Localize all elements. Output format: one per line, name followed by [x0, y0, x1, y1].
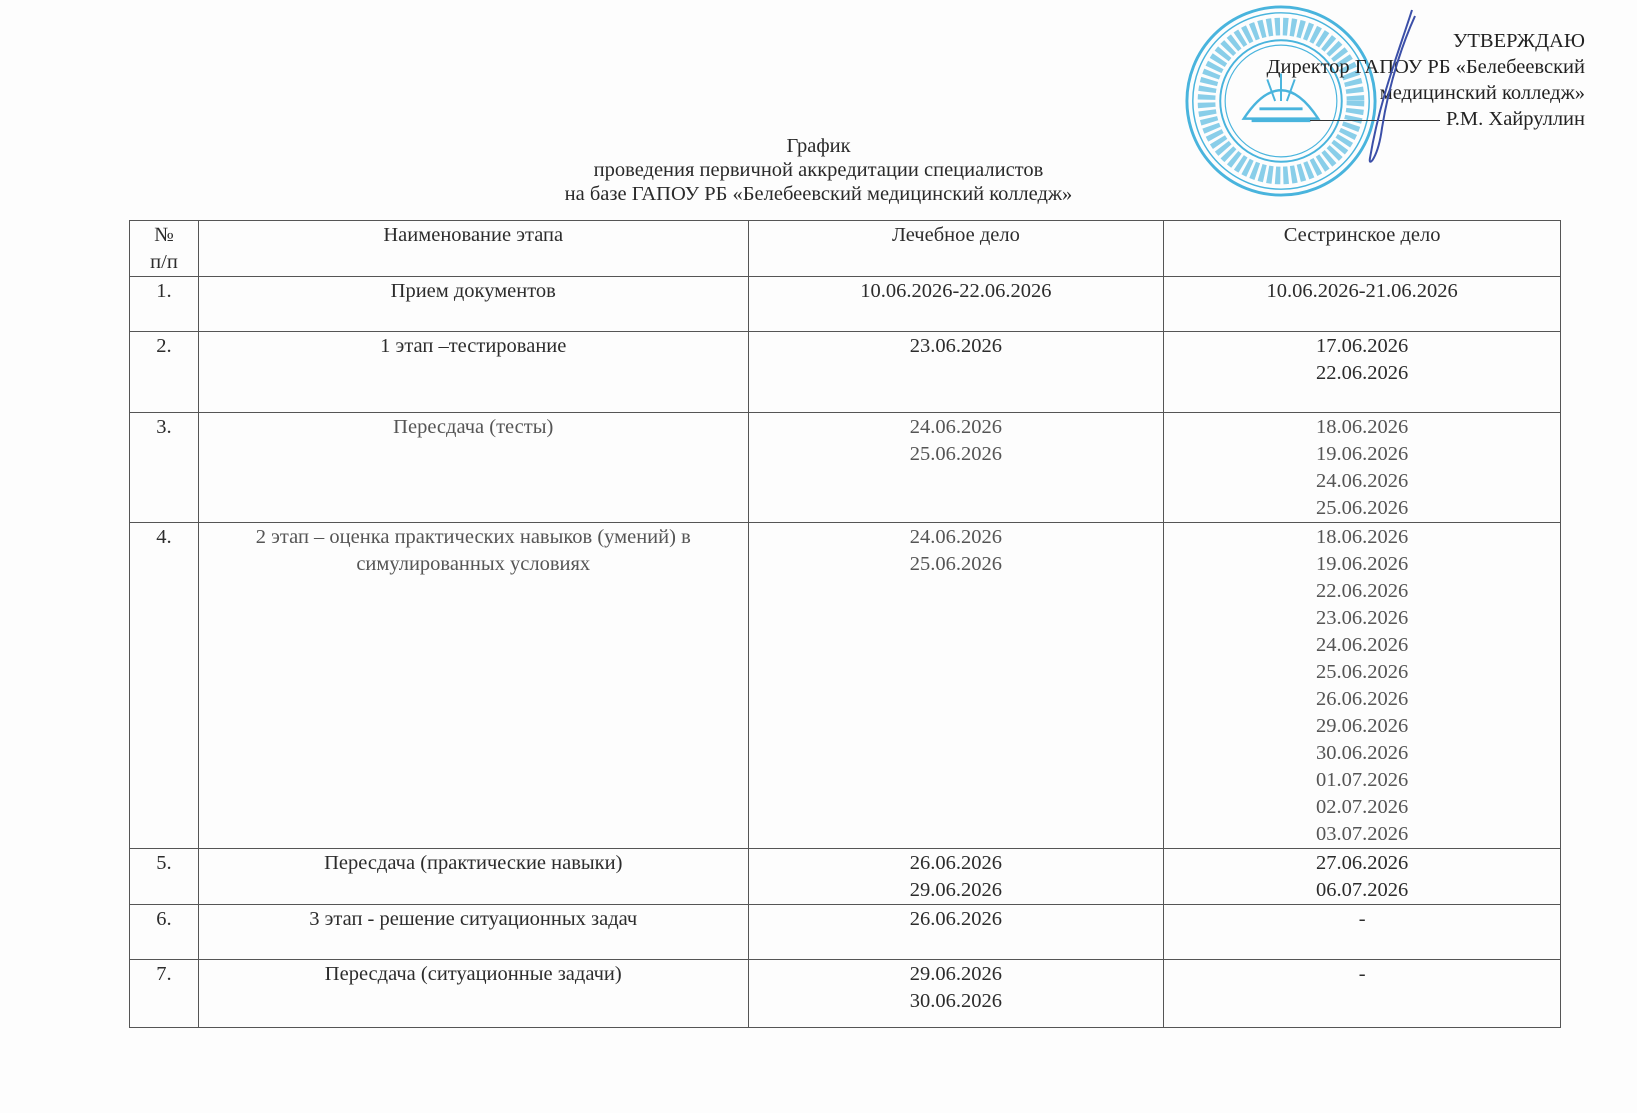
- row-stage: 3 этап - решение ситуационных задач: [198, 905, 748, 960]
- cell-nursing: 17.06.202622.06.2026: [1164, 332, 1561, 413]
- date-entry: 26.06.2026: [753, 850, 1160, 877]
- approval-signatory: Р.М. Хайруллин: [1267, 106, 1586, 132]
- cell-general-medicine: 10.06.2026-22.06.2026: [748, 277, 1164, 332]
- row-number: 2.: [130, 332, 199, 413]
- row-number: 6.: [130, 905, 199, 960]
- cell-general-medicine: 26.06.2026: [748, 905, 1164, 960]
- cell-nursing: -: [1164, 960, 1561, 1028]
- row-number: 4.: [130, 523, 199, 849]
- cell-nursing: 18.06.202619.06.202624.06.202625.06.2026: [1164, 413, 1561, 523]
- row-number: 1.: [130, 277, 199, 332]
- date-entry: 25.06.2026: [1168, 495, 1556, 522]
- cell-general-medicine: 29.06.202630.06.2026: [748, 960, 1164, 1028]
- approval-heading: УТВЕРЖДАЮ: [1267, 28, 1586, 54]
- date-entry: 24.06.2026: [753, 414, 1160, 441]
- cell-nursing: 18.06.202619.06.202622.06.202623.06.2026…: [1164, 523, 1561, 849]
- row-stage: 2 этап – оценка практических навыков (ум…: [198, 523, 748, 849]
- row-number: 7.: [130, 960, 199, 1028]
- date-entry: 29.06.2026: [753, 877, 1160, 904]
- approval-position-line1: Директор ГАПОУ РБ «Белебеевский: [1267, 54, 1586, 80]
- date-entry: 01.07.2026: [1168, 767, 1556, 794]
- date-entry: 19.06.2026: [1168, 441, 1556, 468]
- approval-position-line2: медицинский колледж»: [1267, 80, 1586, 106]
- row-stage: 1 этап –тестирование: [198, 332, 748, 413]
- header-number: №п/п: [130, 221, 199, 277]
- row-number: 5.: [130, 849, 199, 905]
- cell-general-medicine: 24.06.202625.06.2026: [748, 413, 1164, 523]
- date-entry: 02.07.2026: [1168, 794, 1556, 821]
- date-entry: 26.06.2026: [1168, 686, 1556, 713]
- date-entry: 26.06.2026: [753, 906, 1160, 933]
- date-entry: 19.06.2026: [1168, 551, 1556, 578]
- date-entry: 25.06.2026: [753, 441, 1160, 468]
- table-row: 5.Пересдача (практические навыки)26.06.2…: [130, 849, 1561, 905]
- cell-nursing: -: [1164, 905, 1561, 960]
- table-row: 6.3 этап - решение ситуационных задач26.…: [130, 905, 1561, 960]
- signature-icon: [1360, 8, 1420, 168]
- date-entry: 10.06.2026-21.06.2026: [1168, 278, 1556, 305]
- cell-general-medicine: 24.06.202625.06.2026: [748, 523, 1164, 849]
- date-entry: -: [1168, 906, 1556, 933]
- date-entry: 18.06.2026: [1168, 524, 1556, 551]
- cell-general-medicine: 23.06.2026: [748, 332, 1164, 413]
- title-line-3: на базе ГАПОУ РБ «Белебеевский медицинск…: [0, 182, 1637, 206]
- date-entry: 06.07.2026: [1168, 877, 1556, 904]
- date-entry: 03.07.2026: [1168, 821, 1556, 848]
- date-entry: 22.06.2026: [1168, 360, 1556, 387]
- date-entry: 29.06.2026: [1168, 713, 1556, 740]
- signatory-name: Р.М. Хайруллин: [1446, 108, 1585, 130]
- header-stage: Наименование этапа: [198, 221, 748, 277]
- table-row: 1.Прием документов10.06.2026-22.06.20261…: [130, 277, 1561, 332]
- date-entry: 24.06.2026: [1168, 468, 1556, 495]
- date-entry: 27.06.2026: [1168, 850, 1556, 877]
- cell-nursing: 10.06.2026-21.06.2026: [1164, 277, 1561, 332]
- row-number: 3.: [130, 413, 199, 523]
- date-entry: 24.06.2026: [753, 524, 1160, 551]
- date-entry: 17.06.2026: [1168, 333, 1556, 360]
- date-entry: 10.06.2026-22.06.2026: [753, 278, 1160, 305]
- date-entry: 30.06.2026: [1168, 740, 1556, 767]
- date-entry: 25.06.2026: [1168, 659, 1556, 686]
- table-row: 3.Пересдача (тесты)24.06.202625.06.20261…: [130, 413, 1561, 523]
- schedule-table: №п/п Наименование этапа Лечебное дело Се…: [129, 220, 1561, 1028]
- date-entry: 23.06.2026: [1168, 605, 1556, 632]
- table-row: 2.1 этап –тестирование23.06.202617.06.20…: [130, 332, 1561, 413]
- date-entry: 29.06.2026: [753, 961, 1160, 988]
- row-stage: Пересдача (ситуационные задачи): [198, 960, 748, 1028]
- date-entry: 18.06.2026: [1168, 414, 1556, 441]
- date-entry: 23.06.2026: [753, 333, 1160, 360]
- row-stage: Прием документов: [198, 277, 748, 332]
- table-row: 4.2 этап – оценка практических навыков (…: [130, 523, 1561, 849]
- date-entry: 22.06.2026: [1168, 578, 1556, 605]
- header-general-medicine: Лечебное дело: [748, 221, 1164, 277]
- date-entry: 24.06.2026: [1168, 632, 1556, 659]
- cell-nursing: 27.06.202606.07.2026: [1164, 849, 1561, 905]
- date-entry: 25.06.2026: [753, 551, 1160, 578]
- cell-general-medicine: 26.06.202629.06.2026: [748, 849, 1164, 905]
- header-nursing: Сестринское дело: [1164, 221, 1561, 277]
- date-entry: 30.06.2026: [753, 988, 1160, 1015]
- row-stage: Пересдача (тесты): [198, 413, 748, 523]
- table-row: 7.Пересдача (ситуационные задачи)29.06.2…: [130, 960, 1561, 1028]
- row-stage: Пересдача (практические навыки): [198, 849, 748, 905]
- table-header-row: №п/п Наименование этапа Лечебное дело Се…: [130, 221, 1561, 277]
- date-entry: -: [1168, 961, 1556, 988]
- approval-block: УТВЕРЖДАЮ Директор ГАПОУ РБ «Белебеевски…: [1267, 28, 1586, 132]
